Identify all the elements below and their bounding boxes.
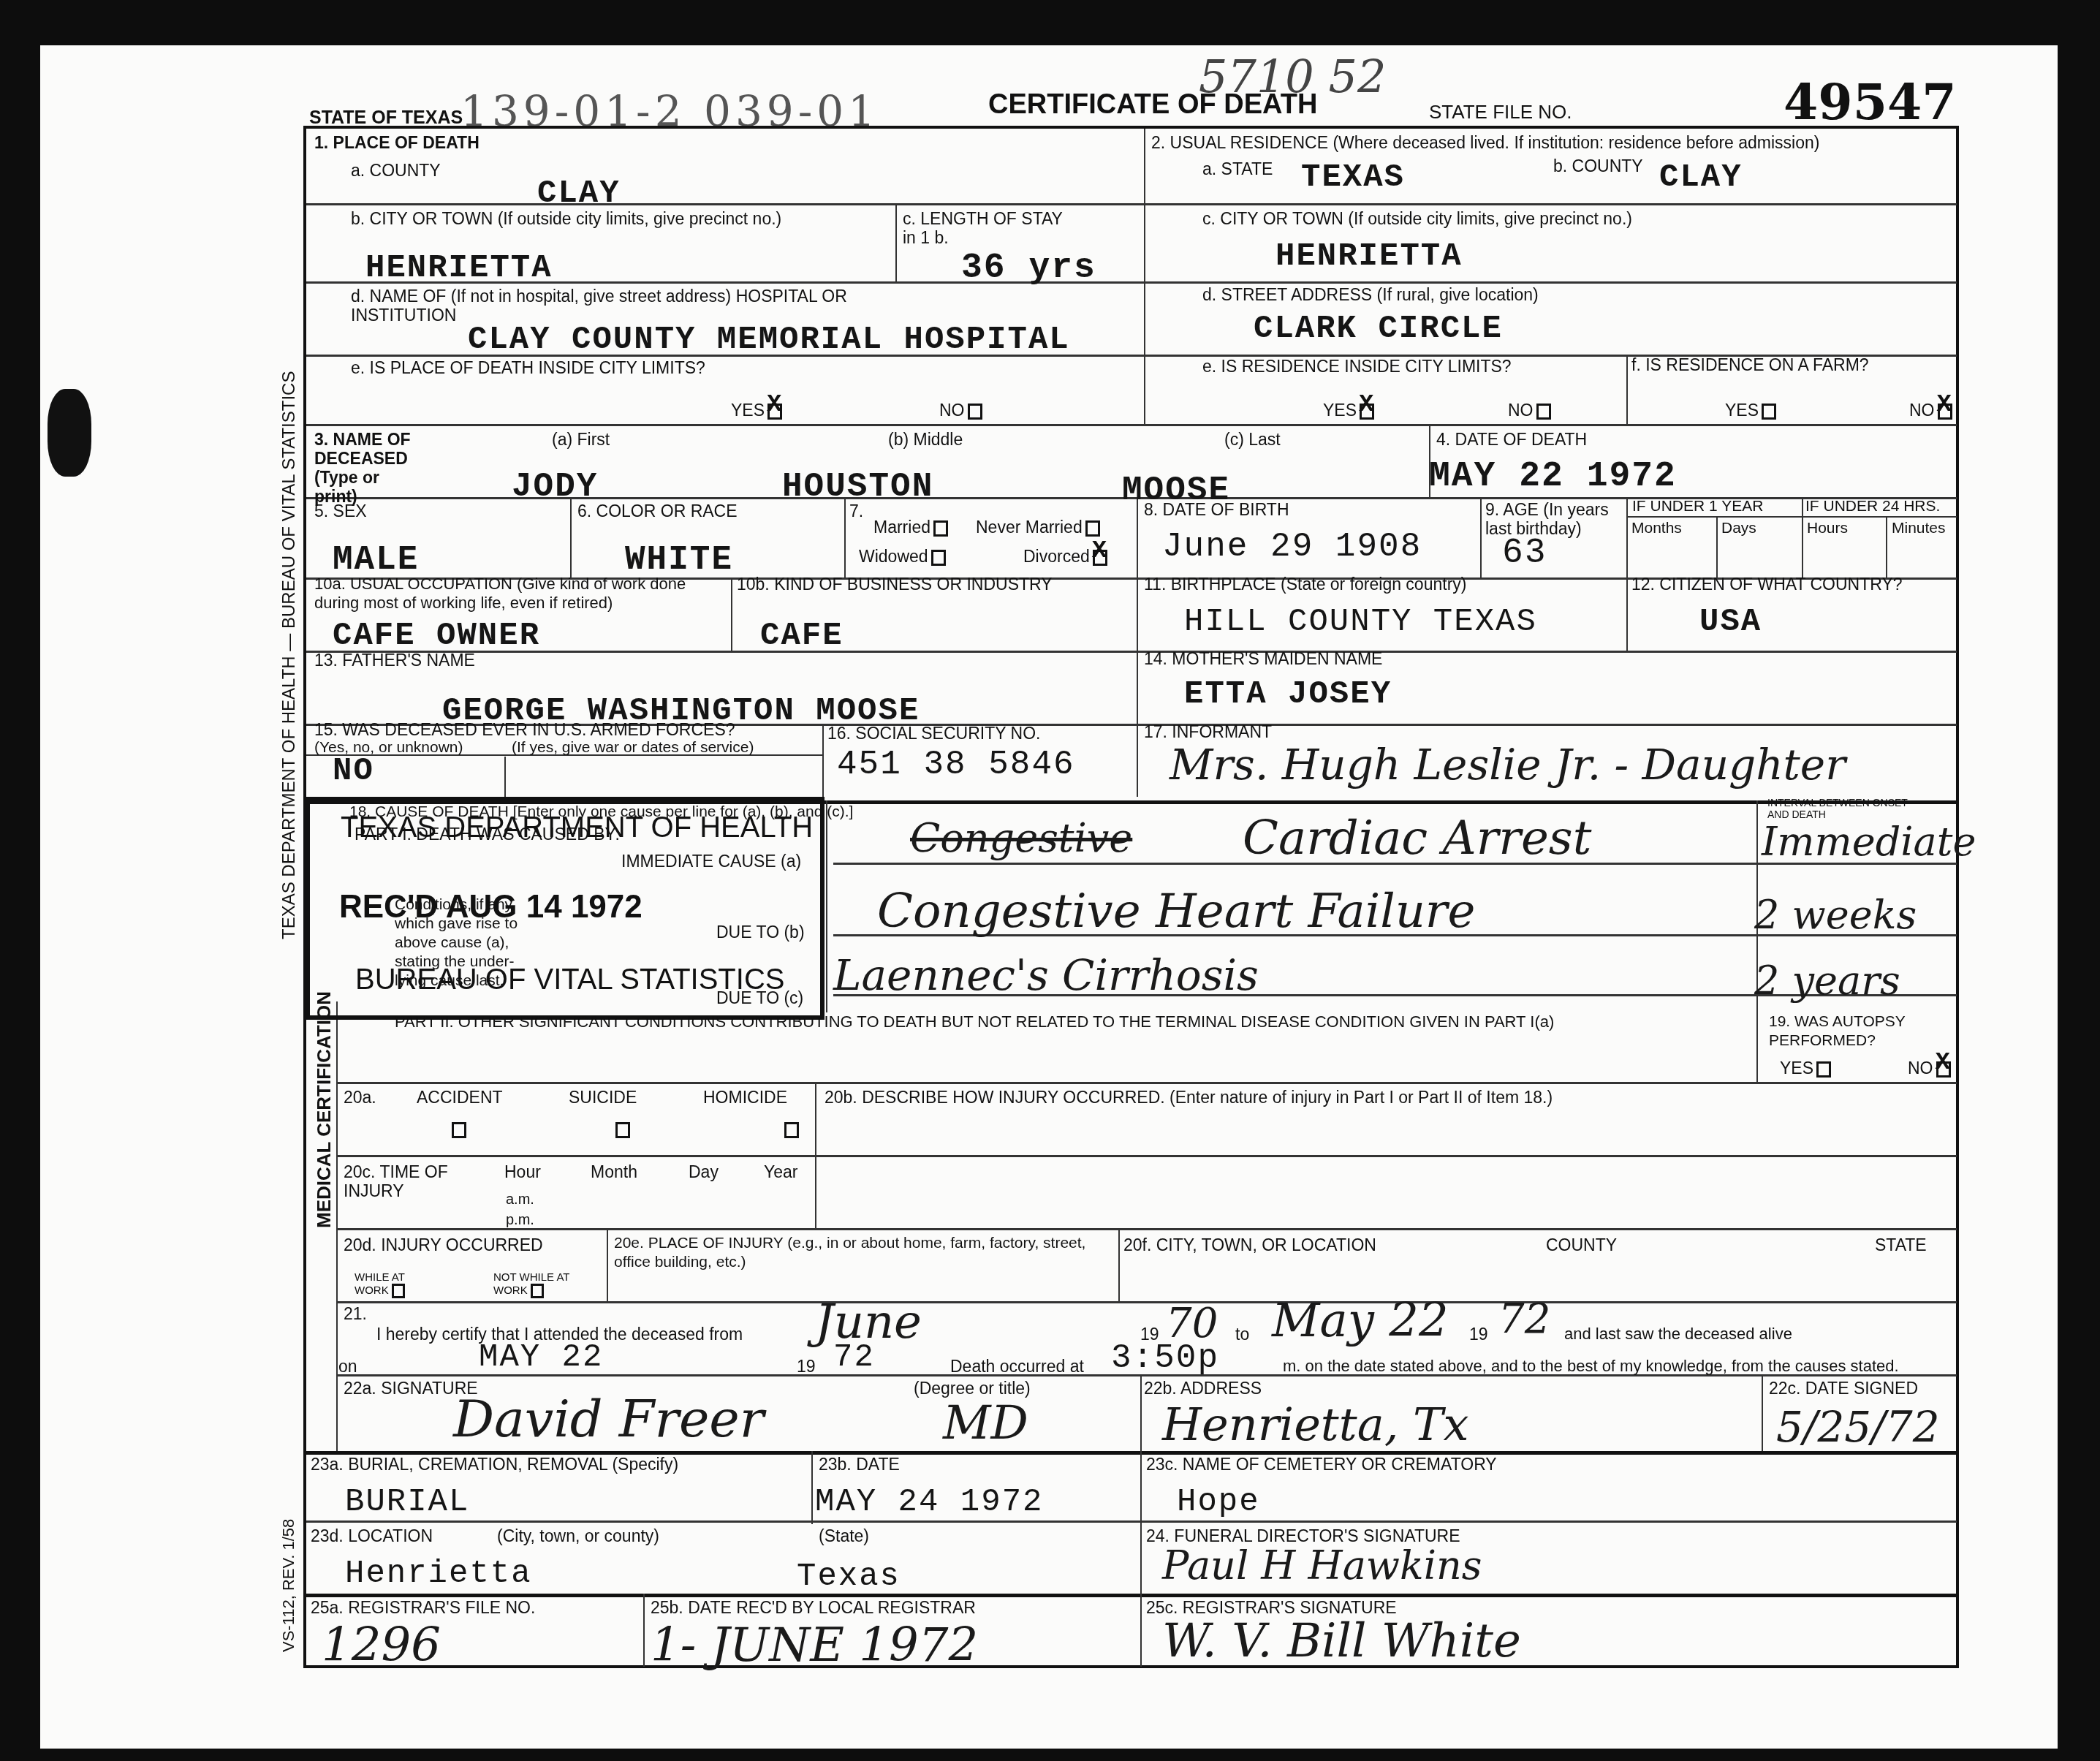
residence-street-value: CLARK CIRCLE	[1254, 311, 1503, 347]
accident-checkbox[interactable]	[452, 1122, 466, 1138]
ssn-label: 16. SOCIAL SECURITY NO.	[827, 724, 1040, 743]
informant-value: Mrs. Hugh Leslie Jr. - Daughter	[1170, 740, 1846, 789]
state-file-label: STATE FILE NO.	[1429, 102, 1572, 121]
checkbox[interactable]	[933, 520, 948, 537]
residence-farm-no[interactable]: NO	[1909, 401, 1952, 420]
last-seen-date: MAY 22	[479, 1339, 603, 1376]
mother-value: ETTA JOSEY	[1184, 676, 1392, 713]
armed-forces-value: NO	[333, 753, 374, 789]
death-inside-limits-yes[interactable]: YES	[731, 401, 782, 420]
injury-state-label: STATE	[1875, 1235, 1927, 1254]
registrar-file-label: 25a. REGISTRAR'S FILE NO.	[311, 1598, 535, 1617]
death-occurred-label: Death occurred at	[950, 1357, 1084, 1376]
pm-label: p.m.	[506, 1211, 534, 1230]
year-label: Year	[764, 1162, 797, 1181]
dob-value: June 29 1908	[1162, 528, 1422, 566]
day-label: Day	[689, 1162, 719, 1181]
informant-label: 17. INFORMANT	[1144, 722, 1272, 741]
registrar-date-label: 25b. DATE REC'D BY LOCAL REGISTRAR	[651, 1598, 976, 1617]
date-of-death-label: 4. DATE OF DEATH	[1436, 430, 1587, 449]
cause-c-value: Laennec's Cirrhosis	[833, 950, 1259, 1000]
burial-date-label: 23b. DATE	[819, 1455, 900, 1474]
marital-label: 7.	[849, 501, 863, 520]
death-city-label: b. CITY OR TOWN (If outside city limits,…	[351, 209, 781, 228]
not-while-at-work[interactable]: NOT WHILE AT WORK	[493, 1272, 596, 1298]
injury-20c-label: 20c. TIME OF INJURY	[344, 1162, 453, 1200]
injury-20b-label: 20b. DESCRIBE HOW INJURY OCCURRED. (Ente…	[825, 1088, 1553, 1107]
death-county-label: a. COUNTY	[351, 161, 441, 180]
homicide-label: HOMICIDE	[703, 1088, 787, 1107]
attended-to-date: May 22	[1272, 1294, 1449, 1348]
autopsy-label: 19. WAS AUTOPSY PERFORMED?	[1769, 1012, 1952, 1050]
cemetery-value: Hope	[1177, 1484, 1260, 1520]
death-county-value: CLAY	[537, 175, 621, 212]
disposition-value: BURIAL	[345, 1484, 469, 1520]
residence-street-label: d. STREET ADDRESS (If rural, give locati…	[1202, 285, 1539, 304]
days-label: Days	[1721, 519, 1756, 538]
funeral-director-signature: Paul H Hawkins	[1162, 1542, 1482, 1588]
last-seen-year: 72	[833, 1339, 875, 1376]
death-inside-limits-label: e. IS PLACE OF DEATH INSIDE CITY LIMITS?	[351, 358, 705, 377]
dob-label: 8. DATE OF BIRTH	[1144, 500, 1289, 519]
state-file-number: 49547	[1784, 73, 1957, 132]
cause-b-value: Congestive Heart Failure	[877, 885, 1475, 939]
scan-blot	[48, 389, 91, 477]
part2-label: PART II. OTHER SIGNIFICANT CONDITIONS CO…	[395, 1012, 1554, 1031]
deceased-name-label: 3. NAME OF DECEASED (Type or print)	[314, 430, 417, 506]
checkbox[interactable]	[1816, 1061, 1831, 1078]
homicide-checkbox[interactable]	[784, 1122, 799, 1138]
cause-a-interval: Immediate	[1762, 819, 1976, 865]
cause-a-value: Cardiac Arrest	[1243, 811, 1591, 866]
middle-name-value: HOUSTON	[782, 468, 933, 506]
citizen-value: USA	[1699, 604, 1762, 640]
hospital-label: d. NAME OF (If not in hospital, give str…	[351, 287, 863, 325]
checkbox[interactable]	[1762, 404, 1776, 420]
address-label: 22b. ADDRESS	[1144, 1379, 1262, 1398]
residence-inside-limits-label: e. IS RESIDENCE INSIDE CITY LIMITS?	[1202, 357, 1512, 376]
armed-sub-label-2: (If yes, give war or dates of service)	[512, 738, 754, 757]
accident-label: ACCIDENT	[417, 1088, 503, 1107]
checkbox-checked[interactable]	[1360, 404, 1374, 420]
death-time-value: 3:50p	[1111, 1339, 1219, 1377]
marital-widowed[interactable]: Widowed	[859, 547, 946, 566]
burial-city-sublabel: (City, town, or county)	[497, 1526, 659, 1545]
residence-county-label: b. COUNTY	[1553, 156, 1643, 175]
residence-inside-limits-no[interactable]: NO	[1508, 401, 1551, 420]
place-of-death-label: 1. PLACE OF DEATH	[314, 133, 479, 152]
to-year-prefix: 19	[1469, 1325, 1488, 1344]
first-name-value: JODY	[512, 468, 598, 506]
registrar-signature: W. V. Bill White	[1162, 1614, 1521, 1668]
degree-label: (Degree or title)	[914, 1379, 1031, 1398]
struck-word: Congestive	[910, 815, 1132, 861]
sex-label: 5. SEX	[314, 501, 367, 520]
under-24-hrs-label: IF UNDER 24 HRS.	[1805, 497, 1940, 516]
disposition-label: 23a. BURIAL, CREMATION, REMOVAL (Specify…	[311, 1455, 678, 1474]
suicide-checkbox[interactable]	[615, 1122, 630, 1138]
residence-farm-label: f. IS RESIDENCE ON A FARM?	[1631, 355, 1869, 374]
age-label: 9. AGE (In years last birthday)	[1485, 500, 1624, 538]
suicide-label: SUICIDE	[569, 1088, 637, 1107]
armed-forces-label: 15. WAS DECEASED EVER IN U.S. ARMED FORC…	[314, 720, 735, 739]
injury-county-label: COUNTY	[1546, 1235, 1617, 1254]
physician-signature: David Freer	[453, 1389, 764, 1449]
last-year-prefix: 19	[797, 1357, 816, 1376]
checkbox-checked[interactable]	[1936, 1061, 1951, 1078]
birthplace-value: HILL COUNTY TEXAS	[1184, 604, 1537, 640]
state-label: STATE OF TEXAS	[309, 108, 463, 127]
last-name-label: (c) Last	[1224, 430, 1281, 449]
department-margin-label: TEXAS DEPARTMENT OF HEALTH — BUREAU OF V…	[279, 371, 300, 939]
citizen-label: 12. CITIZEN OF WHAT COUNTRY?	[1631, 575, 1903, 594]
checkbox[interactable]	[531, 1284, 544, 1298]
handwritten-top-number: 5710 52	[1199, 50, 1386, 103]
race-value: WHITE	[625, 541, 733, 579]
checkbox[interactable]	[1085, 520, 1100, 537]
industry-value: CAFE	[760, 618, 844, 654]
ssn-value: 451 38 5846	[837, 746, 1075, 784]
father-label: 13. FATHER'S NAME	[314, 651, 475, 670]
injury-20d-label: 20d. INJURY OCCURRED	[344, 1235, 543, 1254]
form-number-label: VS-112, REV. 1/58	[279, 1519, 298, 1652]
while-at-work[interactable]: WHILE AT WORK	[355, 1272, 435, 1298]
date-of-death-value: MAY 22 1972	[1429, 457, 1677, 496]
occupation-value: CAFE OWNER	[333, 618, 540, 654]
middle-name-label: (b) Middle	[888, 430, 963, 449]
stamp-line-1: TEXAS DEPARTMENT OF HEALTH	[341, 811, 813, 844]
hospital-value: CLAY COUNTY MEMORIAL HOSPITAL	[468, 322, 1070, 358]
burial-state-sublabel: (State)	[819, 1526, 869, 1545]
checkbox[interactable]	[931, 550, 946, 566]
hours-label: Hours	[1807, 519, 1848, 538]
stamp-line-3: BUREAU OF VITAL STATISTICS	[355, 963, 784, 996]
industry-label: 10b. KIND OF BUSINESS OR INDUSTRY	[737, 575, 1053, 594]
residence-state-value: TEXAS	[1301, 159, 1405, 196]
certification-text-2: and last saw the deceased alive	[1564, 1325, 1792, 1344]
checkbox[interactable]	[392, 1284, 405, 1298]
length-of-stay-value: 36 yrs	[961, 249, 1096, 288]
address-value: Henrietta, Tx	[1162, 1398, 1468, 1451]
burial-state-value: Texas	[797, 1559, 901, 1595]
death-inside-limits-no[interactable]: NO	[939, 401, 982, 420]
months-label: Months	[1631, 519, 1682, 538]
to-label: to	[1235, 1325, 1249, 1344]
residence-farm-yes[interactable]: YES	[1725, 401, 1776, 420]
age-value: 63	[1502, 534, 1547, 573]
checkbox-checked[interactable]	[767, 404, 782, 420]
under-1-year-label: IF UNDER 1 YEAR	[1632, 497, 1763, 516]
mother-label: 14. MOTHER'S MAIDEN NAME	[1144, 649, 1382, 668]
residence-state-label: a. STATE	[1202, 159, 1273, 178]
residence-inside-limits-yes[interactable]: YES	[1323, 401, 1374, 420]
burial-city-value: Henrietta	[345, 1556, 532, 1592]
residence-county-value: CLAY	[1659, 159, 1743, 196]
certification-number: 21.	[344, 1304, 367, 1323]
residence-city-value: HENRIETTA	[1275, 238, 1463, 275]
checkbox-checked[interactable]	[1938, 404, 1952, 420]
death-city-value: HENRIETTA	[365, 250, 553, 287]
checkbox[interactable]	[968, 404, 982, 420]
length-of-stay-label: c. LENGTH OF STAY in 1 b.	[903, 209, 1078, 247]
marital-never-married[interactable]: Never Married	[976, 518, 1100, 537]
on-label: on	[338, 1357, 357, 1376]
registrar-date-value: 1- JUNE 1972	[651, 1618, 978, 1673]
race-label: 6. COLOR OR RACE	[577, 501, 738, 520]
injury-20a-label: 20a.	[344, 1088, 376, 1107]
sex-value: MALE	[333, 541, 419, 579]
injury-20f-label: 20f. CITY, TOWN, OR LOCATION	[1123, 1235, 1376, 1254]
minutes-label: Minutes	[1892, 519, 1946, 538]
degree-value: MD	[943, 1396, 1028, 1450]
received-stamp: TEXAS DEPARTMENT OF HEALTH REC'D AUG 14 …	[306, 797, 825, 1020]
stamp-line-2: REC'D AUG 14 1972	[339, 889, 642, 925]
cemetery-label: 23c. NAME OF CEMETERY OR CREMATORY	[1146, 1455, 1497, 1474]
residence-city-label: c. CITY OR TOWN (If outside city limits,…	[1202, 209, 1632, 228]
cause-c-interval: 2 years	[1754, 958, 1900, 1004]
residence-label: 2. USUAL RESIDENCE (Where deceased lived…	[1151, 133, 1819, 152]
injury-20e-label: 20e. PLACE OF INJURY (e.g., in or about …	[614, 1234, 1111, 1272]
hour-label: Hour	[504, 1162, 541, 1181]
am-label: a.m.	[506, 1190, 534, 1209]
first-name-label: (a) First	[552, 430, 610, 449]
month-label: Month	[591, 1162, 637, 1181]
autopsy-no[interactable]: NO	[1908, 1059, 1951, 1078]
checkbox[interactable]	[1536, 404, 1551, 420]
checkbox-checked[interactable]	[1093, 550, 1107, 566]
attended-to-year: 72	[1498, 1295, 1550, 1343]
birthplace-label: 11. BIRTHPLACE (State or foreign country…	[1144, 575, 1466, 594]
burial-date-value: MAY 24 1972	[815, 1484, 1043, 1520]
marital-divorced[interactable]: Divorced	[1023, 547, 1107, 566]
marital-married[interactable]: Married	[873, 518, 948, 537]
interval-label: INTERVAL BETWEEN ONSET AND DEATH	[1767, 797, 1914, 820]
occupation-label: 10a. USUAL OCCUPATION (Give kind of work…	[314, 575, 731, 613]
burial-location-label: 23d. LOCATION	[311, 1526, 433, 1545]
date-signed-label: 22c. DATE SIGNED	[1769, 1379, 1918, 1398]
registrar-file-value: 1296	[322, 1618, 441, 1673]
autopsy-yes[interactable]: YES	[1780, 1059, 1831, 1078]
date-signed-value: 5/25/72	[1776, 1402, 1940, 1452]
certification-text-3: m. on the date stated above, and to the …	[1283, 1357, 1899, 1376]
cause-b-interval: 2 weeks	[1754, 892, 1917, 938]
